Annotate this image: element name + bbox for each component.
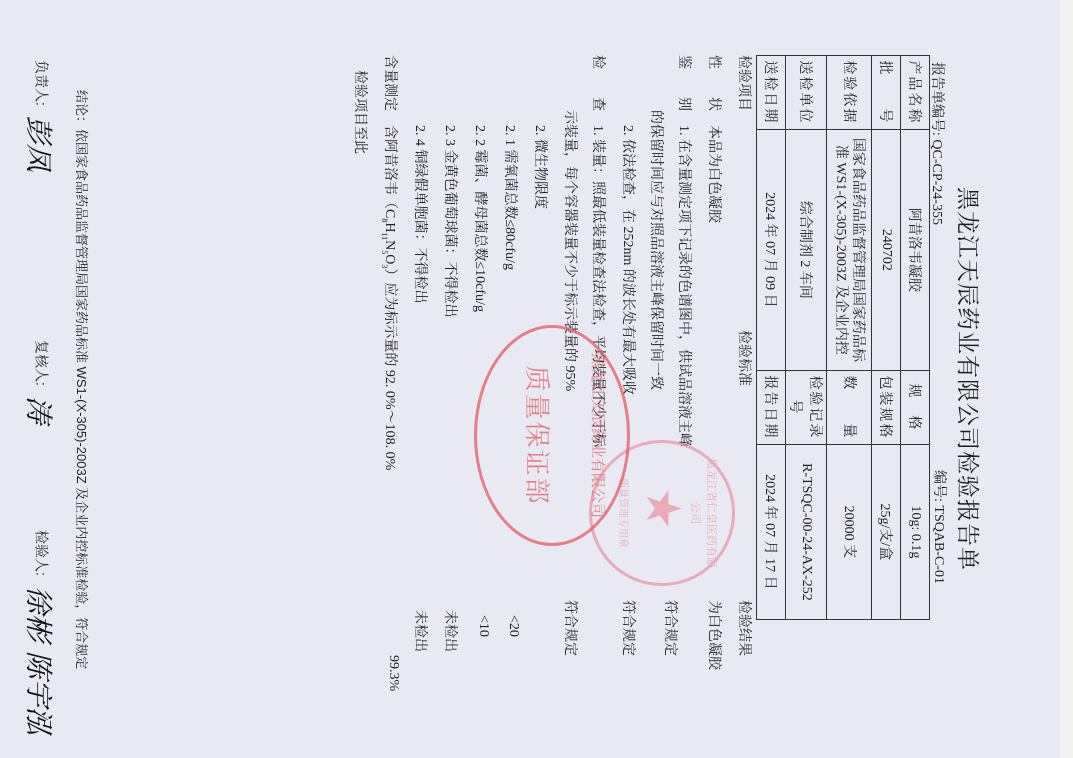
submit-date-value: 2024 年 07 月 09 日 (757, 129, 786, 370)
reviewer-label: 复核人: (33, 340, 49, 386)
assay-standard-suffix: ）应为标示量的 92. 0%～108. 0% (382, 268, 397, 470)
form-number-value: TSQAB-C-01 (931, 505, 946, 584)
assay-label: 含量测定 (381, 55, 401, 111)
inspector-label: 检验人: (33, 530, 49, 576)
check-label: 检 查 (589, 55, 609, 111)
reviewer: 复核人: 涛 (20, 340, 60, 424)
info-table: 产品名称 阿昔洛韦凝胶 规 格 10g: 0.1g 批 号 240702 包装规… (756, 55, 930, 620)
report-date-value: 2024 年 07 月 17 日 (757, 444, 786, 619)
info-row: 检验依据 国家食品药品监督管理局国家药品标准 WS1-(X-305)-2003Z… (827, 56, 872, 620)
formula-h: H (382, 222, 397, 232)
identification-1-result: 符合规定 (661, 600, 681, 656)
record-label: 检验记录号 (786, 371, 827, 445)
identification-2-result: 符合规定 (619, 600, 639, 656)
info-row: 产品名称 阿昔洛韦凝胶 规 格 10g: 0.1g (901, 56, 930, 620)
check-1-result: 符合规定 (561, 600, 581, 656)
spec-label: 规 格 (901, 371, 930, 445)
quality-assurance-seal: 黑龙江天辰药业有限公司 质量保证部 (474, 325, 630, 546)
scan-right-edge (1058, 0, 1073, 758)
package-value: 25g/支/盒 (872, 444, 901, 619)
assay-standard-prefix: 含阿昔洛韦（C (382, 125, 397, 218)
submit-date-label: 送检日期 (757, 56, 786, 130)
assay-result: 99.3% (385, 655, 401, 691)
report-number-label: 报告单编号: (929, 62, 944, 136)
end-note: 检验项目至此 (351, 70, 371, 154)
formula-o: O (382, 254, 397, 264)
seal-ring-text: 黑龙江天辰药业有限公司 (588, 338, 609, 533)
product-name-label: 产品名称 (901, 56, 930, 130)
appearance-standard: 本品为白色凝胶 (705, 125, 725, 223)
info-row: 送检单位 综合制剂 2 车间 检验记录号 R-TSQC-00-24-AX-252 (786, 56, 827, 620)
info-row: 批 号 240702 包装规格 25g/支/盒 (872, 56, 901, 620)
responsible-label: 负责人: (33, 60, 49, 106)
record-value: R-TSQC-00-24-AX-252 (786, 444, 827, 619)
unit-label: 送检单位 (786, 56, 827, 130)
seal-department: 质量保证部 (520, 338, 557, 533)
basis-value: 国家食品药品监督管理局国家药品标准 WS1-(X-305)-2003Z 及企业内… (827, 129, 872, 370)
check-2-1: 2. 1 需氧菌总数≤80cfu/g (501, 125, 521, 270)
identification-label: 鉴 别 (675, 55, 695, 111)
check-2-2: 2. 2 霉菌、酵母菌总数≤10cfu/g (471, 125, 491, 312)
appearance-label: 性 状 (705, 55, 725, 111)
inspector: 检验人: 徐彬 陈宇泓 (20, 530, 60, 735)
report-number-value: QC-CP-24-355 (929, 139, 944, 225)
quantity-label: 数 量 (827, 371, 872, 445)
check-2-4: 2. 4 铜绿假单胞菌：不得检出 (411, 125, 431, 304)
conclusion: 结论：依国家食品药品监督管理局国家药品标准 WS1-(X-305)-2003Z … (73, 90, 92, 669)
product-name-value: 阿昔洛韦凝胶 (901, 129, 930, 370)
identification-2: 2. 依法检查，在 252nm 的波长处有最大吸收 (619, 125, 639, 395)
batch-value: 240702 (872, 129, 901, 370)
info-row: 送检日期 2024 年 07 月 09 日 报告日期 2024 年 07 月 1… (757, 56, 786, 620)
form-number-label: 编号: (931, 470, 946, 502)
identification-1-line2: 的保留时间应与对照品溶液主峰保留时间一致 (647, 110, 667, 390)
form-number: 编号: TSQAB-C-01 (930, 470, 950, 584)
batch-label: 批 号 (872, 56, 901, 130)
header-standard: 检验标准 (735, 330, 755, 386)
appearance-result: 为白色凝胶 (705, 600, 725, 670)
report-date-label: 报告日期 (757, 371, 786, 445)
unit-value: 综合制剂 2 车间 (786, 129, 827, 370)
identification-1-line1: 1. 在含量测定项下记录的色谱图中，供试品溶液主峰 (675, 125, 695, 447)
responsible-signature: 彭凤 (22, 116, 55, 172)
check-2-4-result: 未检出 (411, 610, 431, 652)
report-title: 黑龙江天辰药业有限公司检验报告单 (953, 0, 986, 758)
check-2-1-result: <20 (505, 615, 521, 637)
formula-n: N (382, 240, 397, 250)
assay-standard: 含阿昔洛韦（C8H11N5O3）应为标示量的 92. 0%～108. 0% (380, 125, 401, 470)
responsible-person: 负责人: 彭凤 (20, 60, 60, 172)
reviewer-signature: 涛 (22, 396, 55, 424)
report-number: 报告单编号: QC-CP-24-355 (928, 62, 948, 225)
check-2-3: 2. 3 金黄色葡萄球菌：不得检出 (441, 125, 461, 318)
header-item: 检验项目 (735, 55, 755, 111)
check-2-3-result: 未检出 (441, 610, 461, 652)
basis-label: 检验依据 (827, 56, 872, 130)
check-2: 2. 微生物限度 (531, 125, 551, 209)
check-2-2-result: <10 (475, 615, 491, 637)
star-icon: ★ (638, 487, 688, 530)
package-label: 包装规格 (872, 371, 901, 445)
seal-ring-text: 黑龙江省仁皇医药有限公司 (688, 453, 720, 573)
inspector-signature: 徐彬 陈宇泓 (22, 586, 55, 735)
inspection-report-page: 黑龙江天辰药业有限公司检验报告单 报告单编号: QC-CP-24-355 编号:… (0, 0, 1060, 758)
header-result: 检验结果 (735, 600, 755, 656)
quantity-value: 20000 支 (827, 444, 872, 619)
spec-value: 10g: 0.1g (901, 444, 930, 619)
